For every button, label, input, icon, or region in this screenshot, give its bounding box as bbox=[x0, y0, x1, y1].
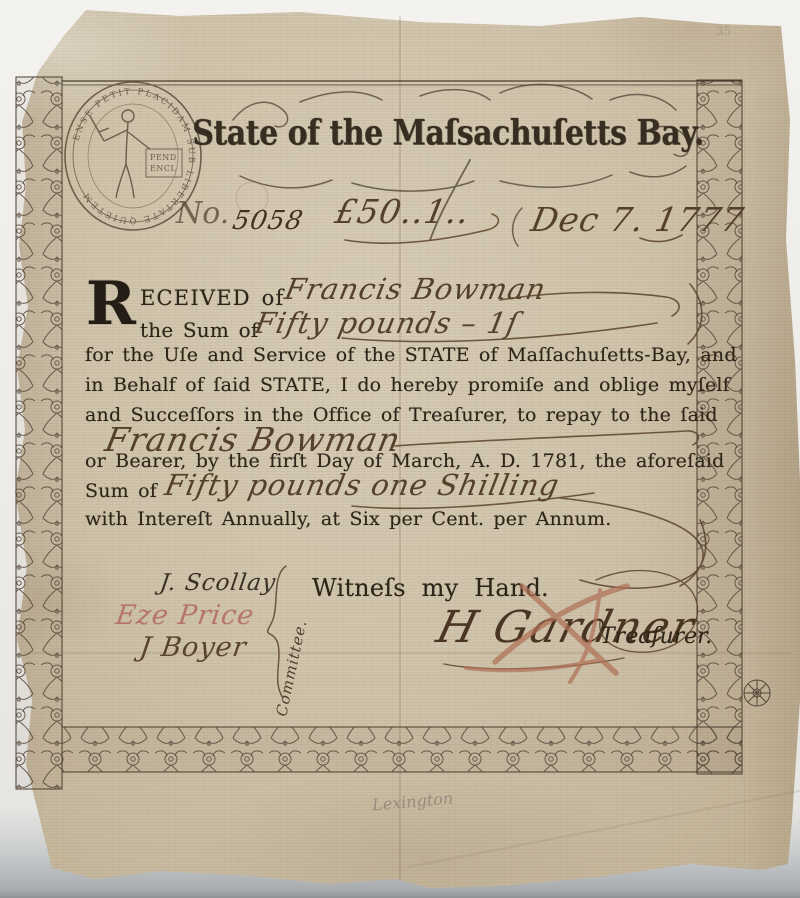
document-title: State of the Maſsachuſetts Bay. bbox=[190, 114, 706, 154]
witness-line: Witneſs my Hand. bbox=[312, 574, 549, 602]
amount-words-repeat: Fifty pounds one Shilling bbox=[162, 468, 562, 502]
fold-crease-right-edge bbox=[744, 82, 745, 862]
committee-signature-price: Eze Price bbox=[114, 600, 257, 631]
committee-signature-scollay: J. Scollay bbox=[158, 570, 278, 596]
body-line7: Sum of bbox=[85, 480, 157, 502]
amount-value: £50..1.. bbox=[332, 192, 474, 231]
committee-signature-boyer: J Boyer bbox=[138, 632, 249, 663]
payee-name-line1: Francis Bowman bbox=[282, 272, 549, 306]
serial-number-value: 5058 bbox=[230, 206, 306, 236]
amount-words: Fifty pounds – 1ſ bbox=[252, 306, 522, 340]
body-line8: with Intereſt Annually, at Six per Cent.… bbox=[85, 508, 611, 530]
scan-background: PEND ENCL ENSE PETIT PLACIDAM SUB LIBERT… bbox=[0, 0, 800, 898]
body-line4: in Behalf of ſaid STATE, I do hereby pro… bbox=[85, 374, 730, 396]
body-line3: for the Uſe and Service of the STATE of … bbox=[85, 344, 737, 366]
drop-cap: R bbox=[86, 274, 136, 334]
serial-number-label: No. bbox=[176, 196, 229, 231]
date-value: Dec 7. 1777 bbox=[528, 200, 748, 239]
pencil-number-note: 35 bbox=[716, 24, 731, 38]
body-line2: the Sum of bbox=[140, 318, 258, 342]
treasurer-title: Treaſurer. bbox=[600, 624, 712, 649]
